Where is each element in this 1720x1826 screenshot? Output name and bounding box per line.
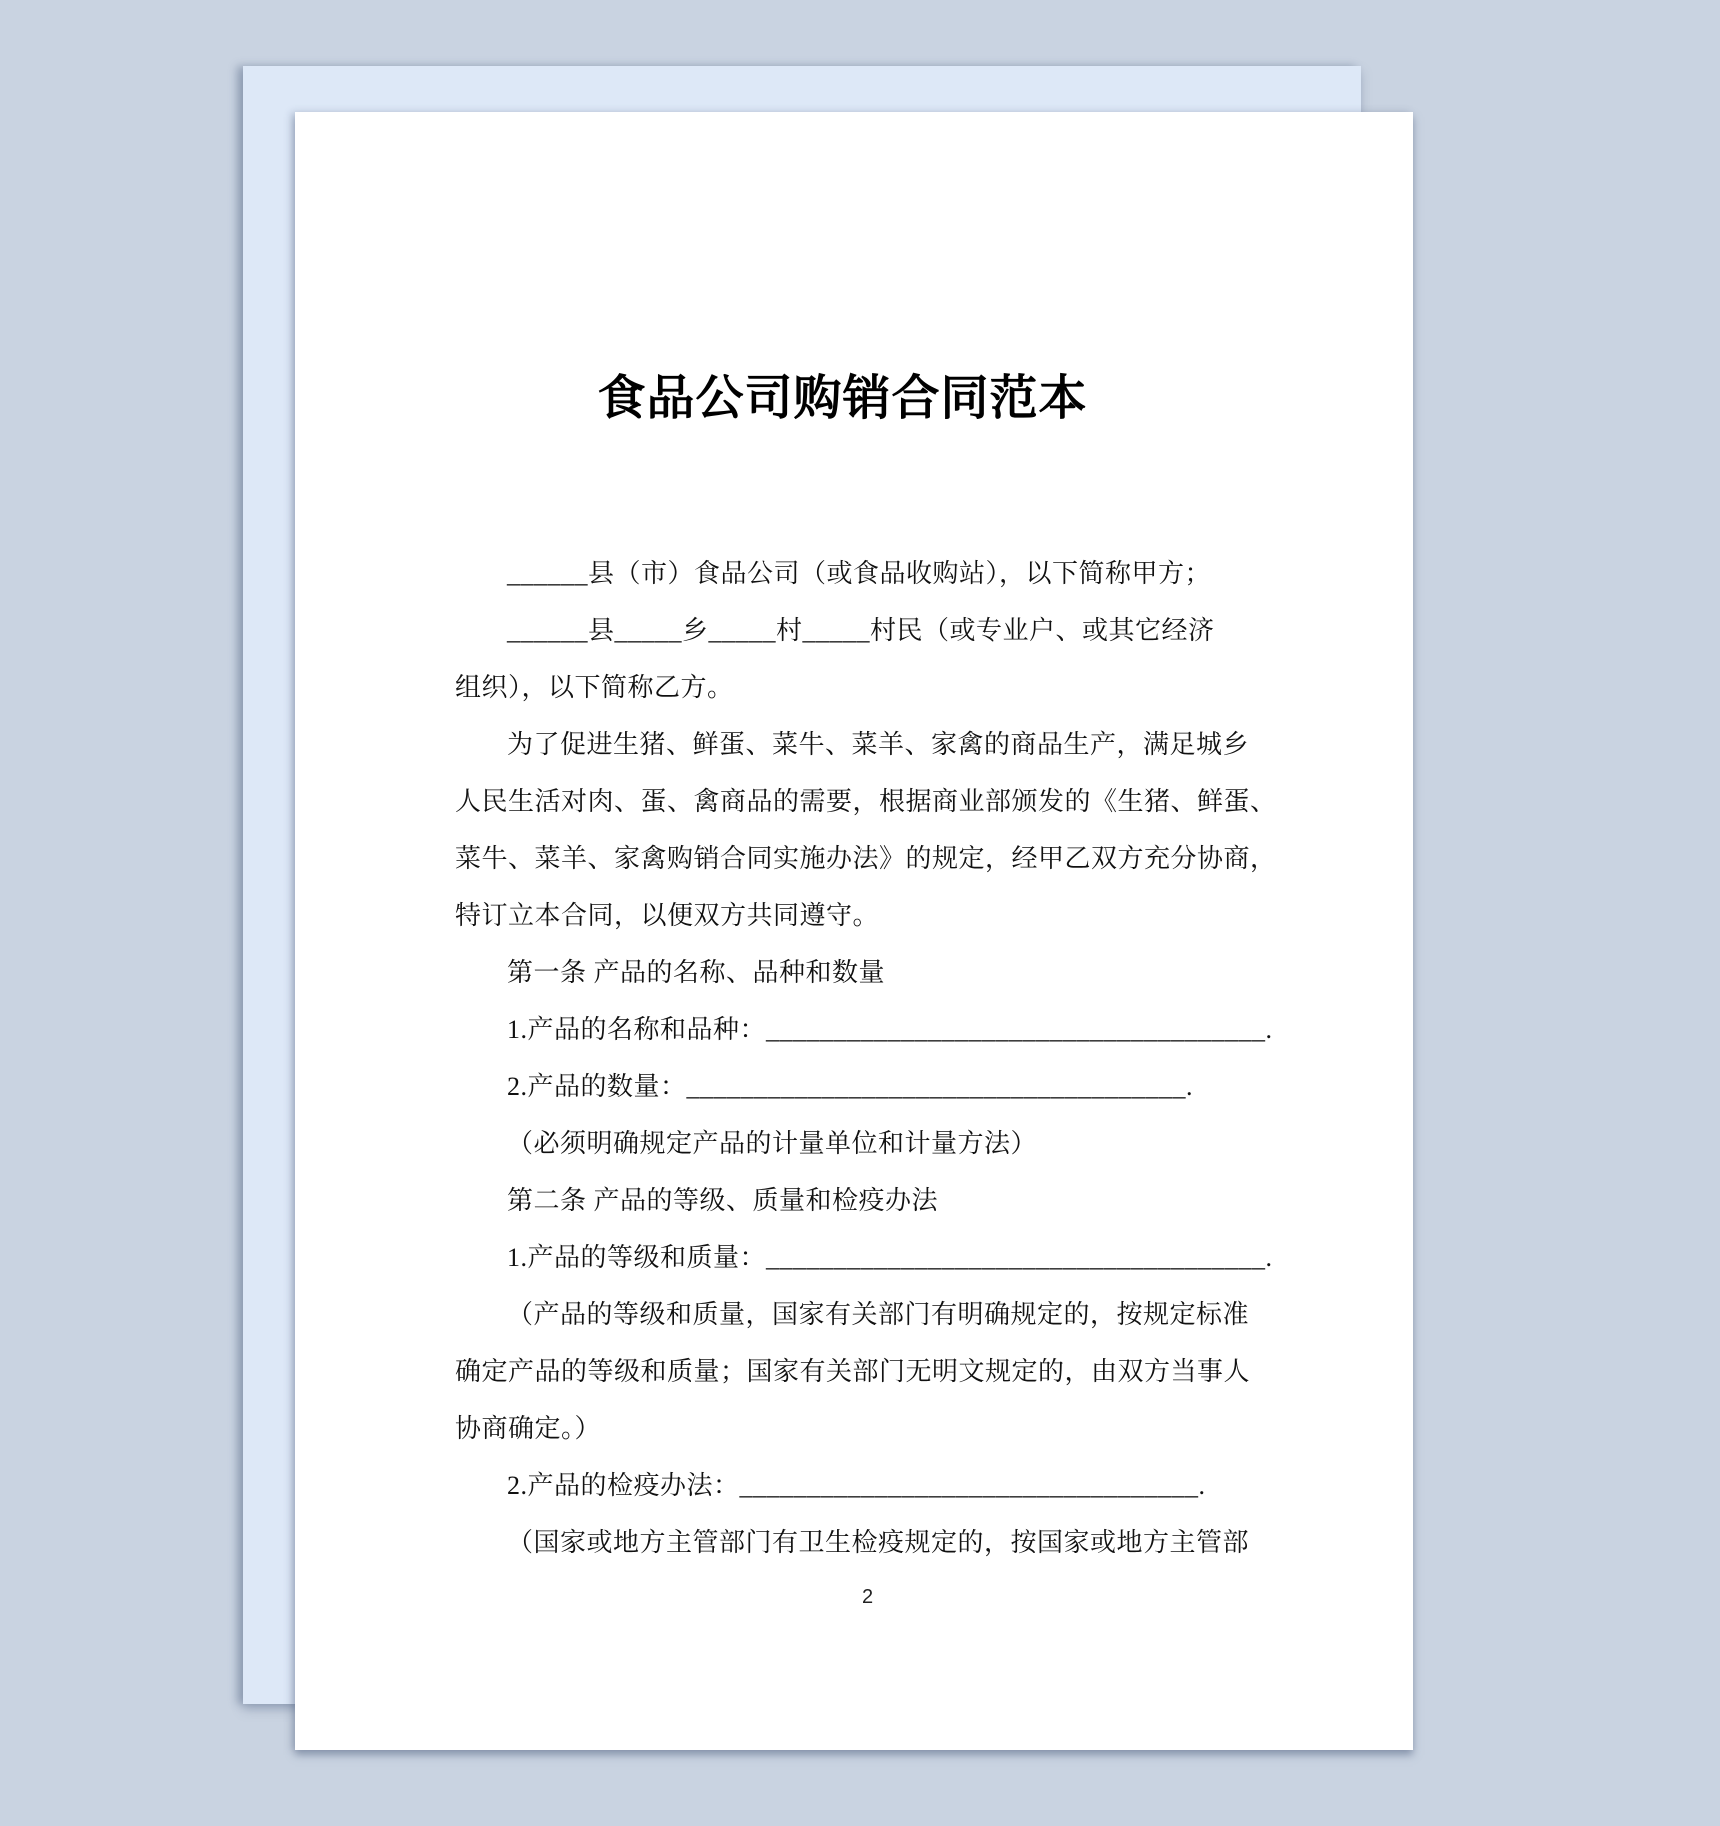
contract-line-6: 菜牛、菜羊、家禽购销合同实施办法》的规定，经甲乙双方充分协商， — [455, 830, 1280, 887]
contract-line-13: 1.产品的等级和质量：_____________________________… — [455, 1229, 1280, 1286]
contract-line-18: （国家或地方主管部门有卫生检疫规定的，按国家或地方主管部 — [455, 1514, 1280, 1571]
contract-line-10: 2.产品的数量：________________________________… — [455, 1058, 1280, 1115]
contract-line-17: 2.产品的检疫办法：______________________________… — [455, 1457, 1280, 1514]
contract-line-16: 协商确定。） — [455, 1400, 1280, 1457]
contract-line-9: 1.产品的名称和品种：_____________________________… — [455, 1001, 1280, 1058]
contract-body: ______县（市）食品公司（或食品收购站），以下简称甲方；______县___… — [455, 545, 1280, 1571]
contract-line-8: 第一条 产品的名称、品种和数量 — [455, 944, 1280, 1001]
page-number: 2 — [455, 1583, 1280, 1611]
document-page: 食品公司购销合同范本 ______县（市）食品公司（或食品收购站），以下简称甲方… — [295, 112, 1413, 1750]
contract-line-14: （产品的等级和质量，国家有关部门有明确规定的，按规定标准 — [455, 1286, 1280, 1343]
contract-line-2: ______县_____乡_____村_____村民（或专业户、或其它经济 — [455, 602, 1280, 659]
contract-line-3: 组织），以下简称乙方。 — [455, 659, 1280, 716]
contract-line-11: （必须明确规定产品的计量单位和计量方法） — [455, 1115, 1280, 1172]
contract-line-1: ______县（市）食品公司（或食品收购站），以下简称甲方； — [455, 545, 1280, 602]
document-title: 食品公司购销合同范本 — [455, 363, 1280, 435]
document-viewer-background: { "document": { "title": "食品公司购销合同范本", "… — [0, 0, 1720, 1826]
page-content: 食品公司购销合同范本 ______县（市）食品公司（或食品收购站），以下简称甲方… — [455, 363, 1280, 1611]
contract-line-5: 人民生活对肉、蛋、禽商品的需要，根据商业部颁发的《生猪、鲜蛋、 — [455, 773, 1280, 830]
contract-line-12: 第二条 产品的等级、质量和检疫办法 — [455, 1172, 1280, 1229]
contract-line-4: 为了促进生猪、鲜蛋、菜牛、菜羊、家禽的商品生产，满足城乡 — [455, 716, 1280, 773]
contract-line-15: 确定产品的等级和质量；国家有关部门无明文规定的，由双方当事人 — [455, 1343, 1280, 1400]
contract-line-7: 特订立本合同，以便双方共同遵守。 — [455, 887, 1280, 944]
